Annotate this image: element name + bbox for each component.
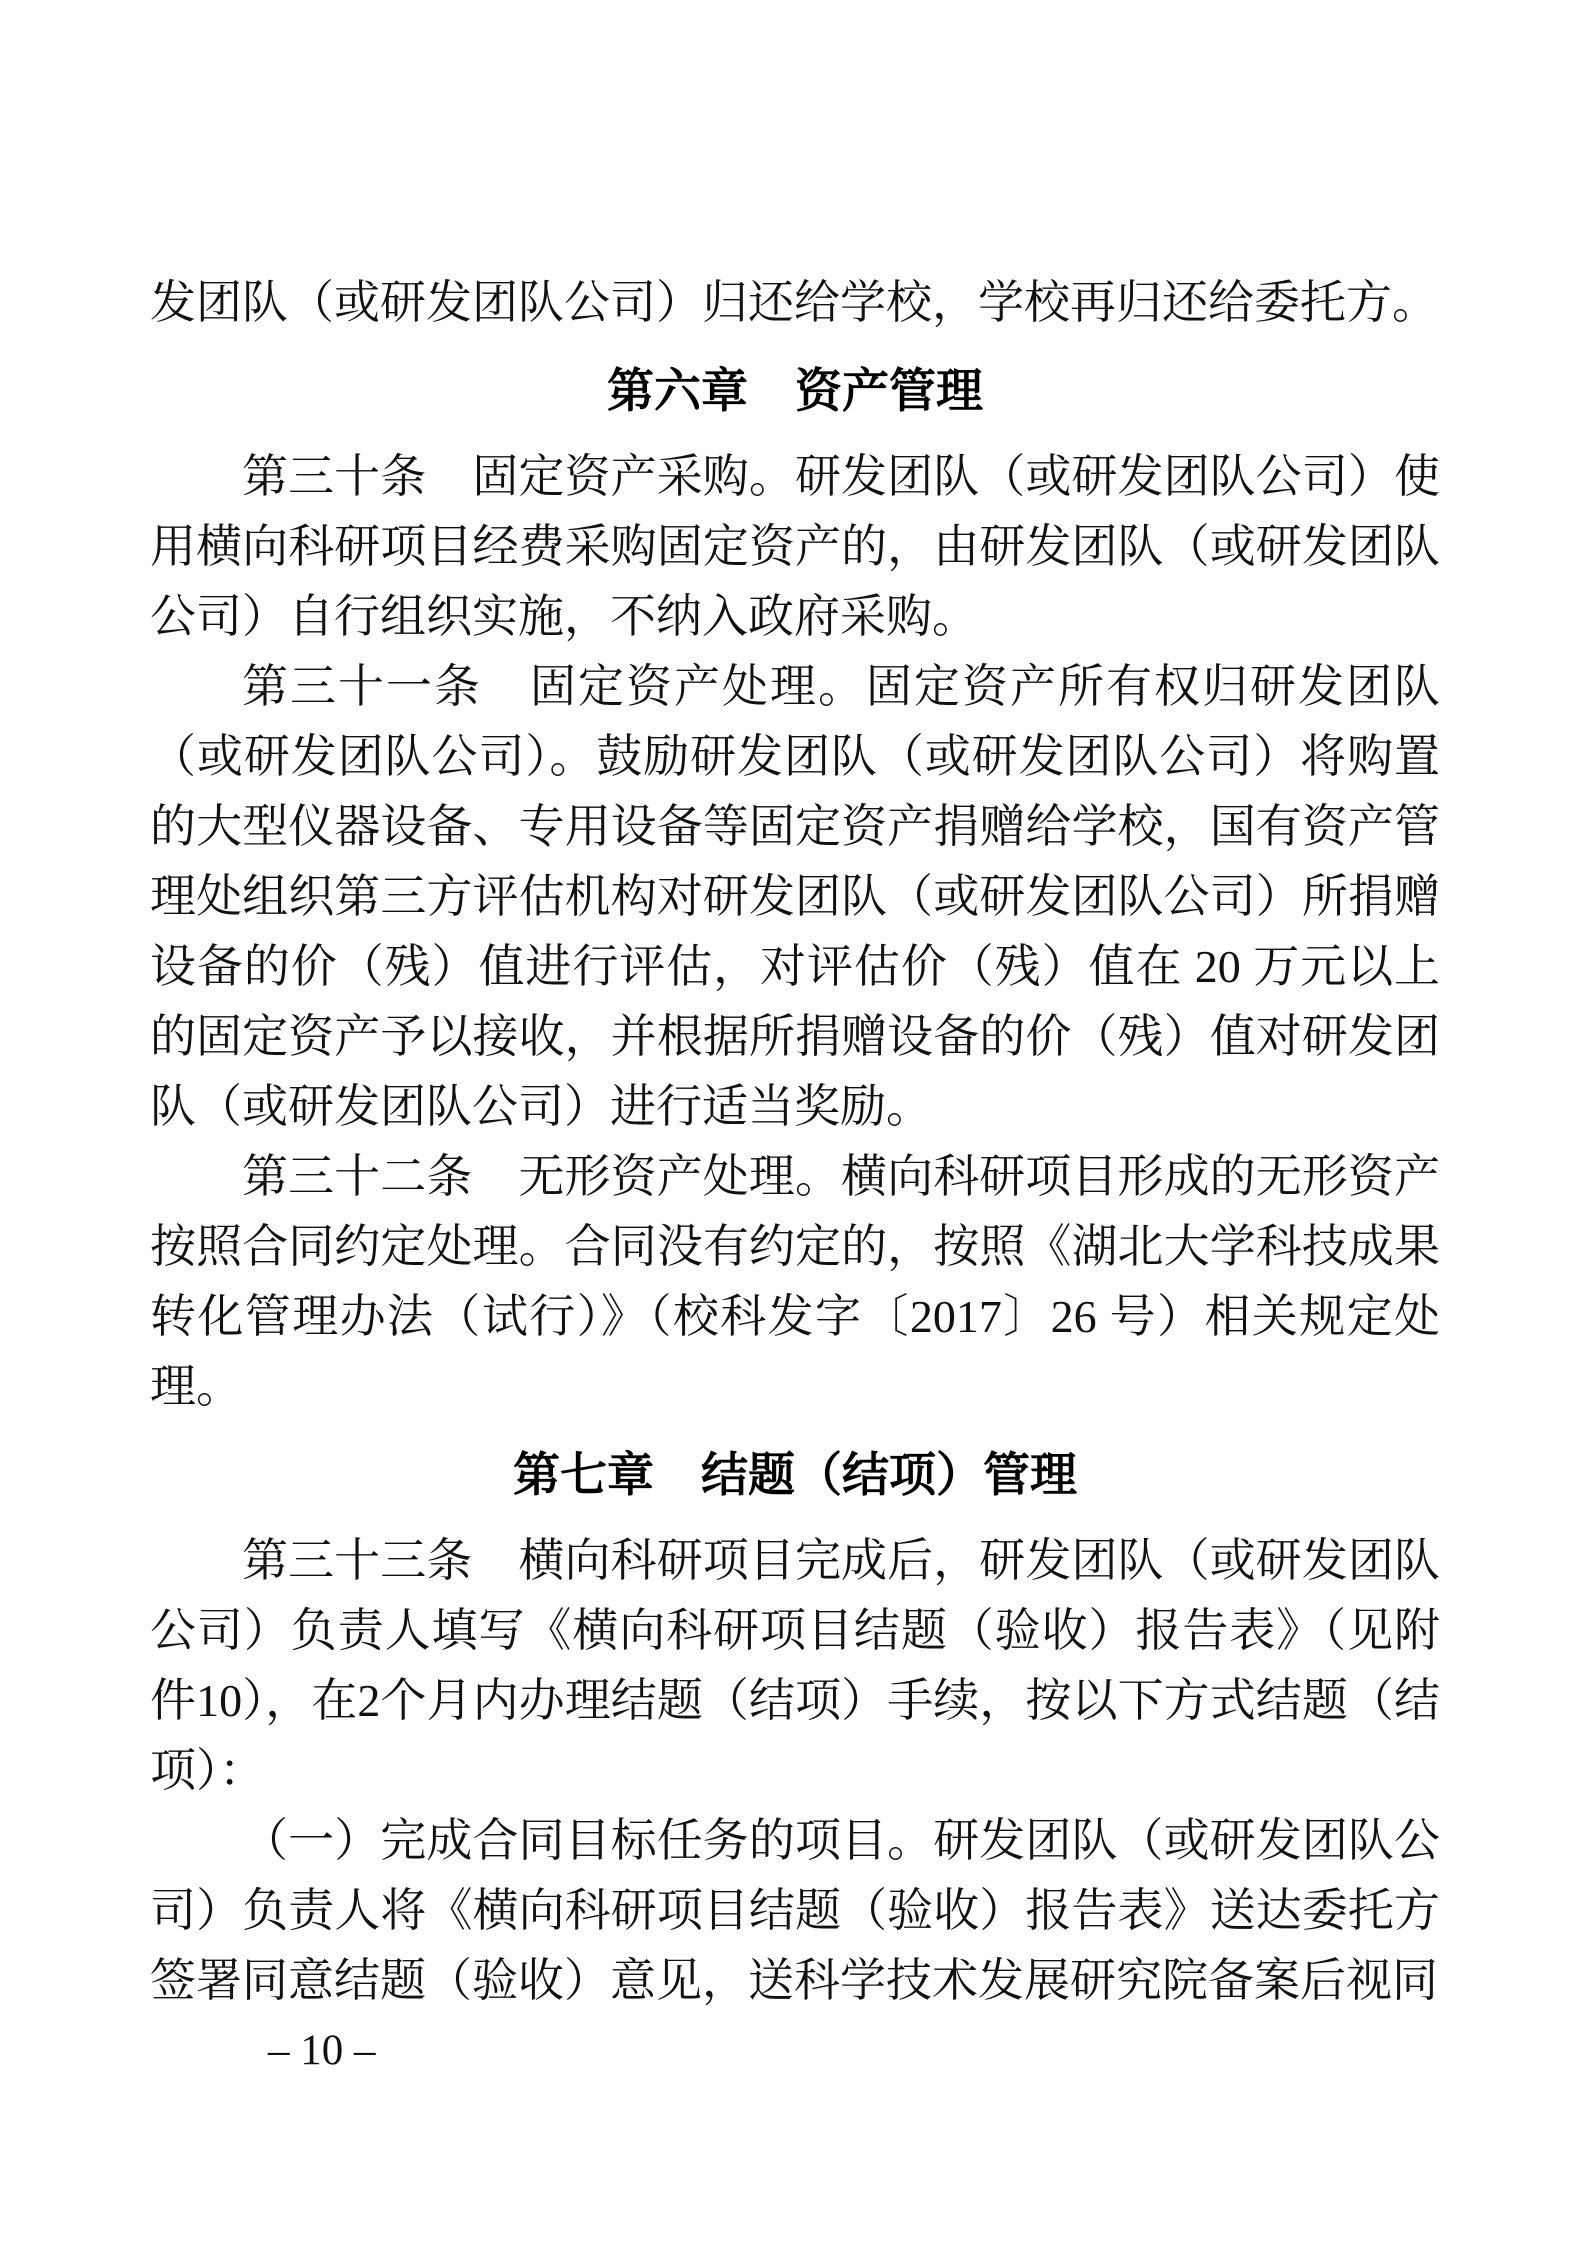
body-paragraph-continuation: 发团队（或研发团队公司）归还给学校，学校再归还给委托方。 xyxy=(150,268,1440,338)
document-body: 发团队（或研发团队公司）归还给学校，学校再归还给委托方。 第六章 资产管理 第三… xyxy=(150,268,1440,2016)
body-paragraph-item-1: （一）完成合同目标任务的项目。研发团队（或研发团队公司）负责人将《横向科研项目结… xyxy=(150,1806,1440,2016)
body-paragraph-article-32: 第三十二条 无形资产处理。横向科研项目形成的无形资产按照合同约定处理。合同没有约… xyxy=(150,1142,1440,1422)
body-paragraph-article-33: 第三十三条 横向科研项目完成后，研发团队（或研发团队公司）负责人填写《横向科研项… xyxy=(150,1526,1440,1806)
body-paragraph-article-30: 第三十条 固定资产采购。研发团队（或研发团队公司）使用横向科研项目经费采购固定资… xyxy=(150,442,1440,652)
page-number: – 10 – xyxy=(268,2028,376,2074)
chapter-heading-7: 第七章 结题（结项）管理 xyxy=(150,1440,1440,1510)
document-page: 发团队（或研发团队公司）归还给学校，学校再归还给委托方。 第六章 资产管理 第三… xyxy=(0,0,1586,2244)
chapter-heading-6: 第六章 资产管理 xyxy=(150,356,1440,426)
body-paragraph-article-31: 第三十一条 固定资产处理。固定资产所有权归研发团队（或研发团队公司）。鼓励研发团… xyxy=(150,652,1440,1142)
